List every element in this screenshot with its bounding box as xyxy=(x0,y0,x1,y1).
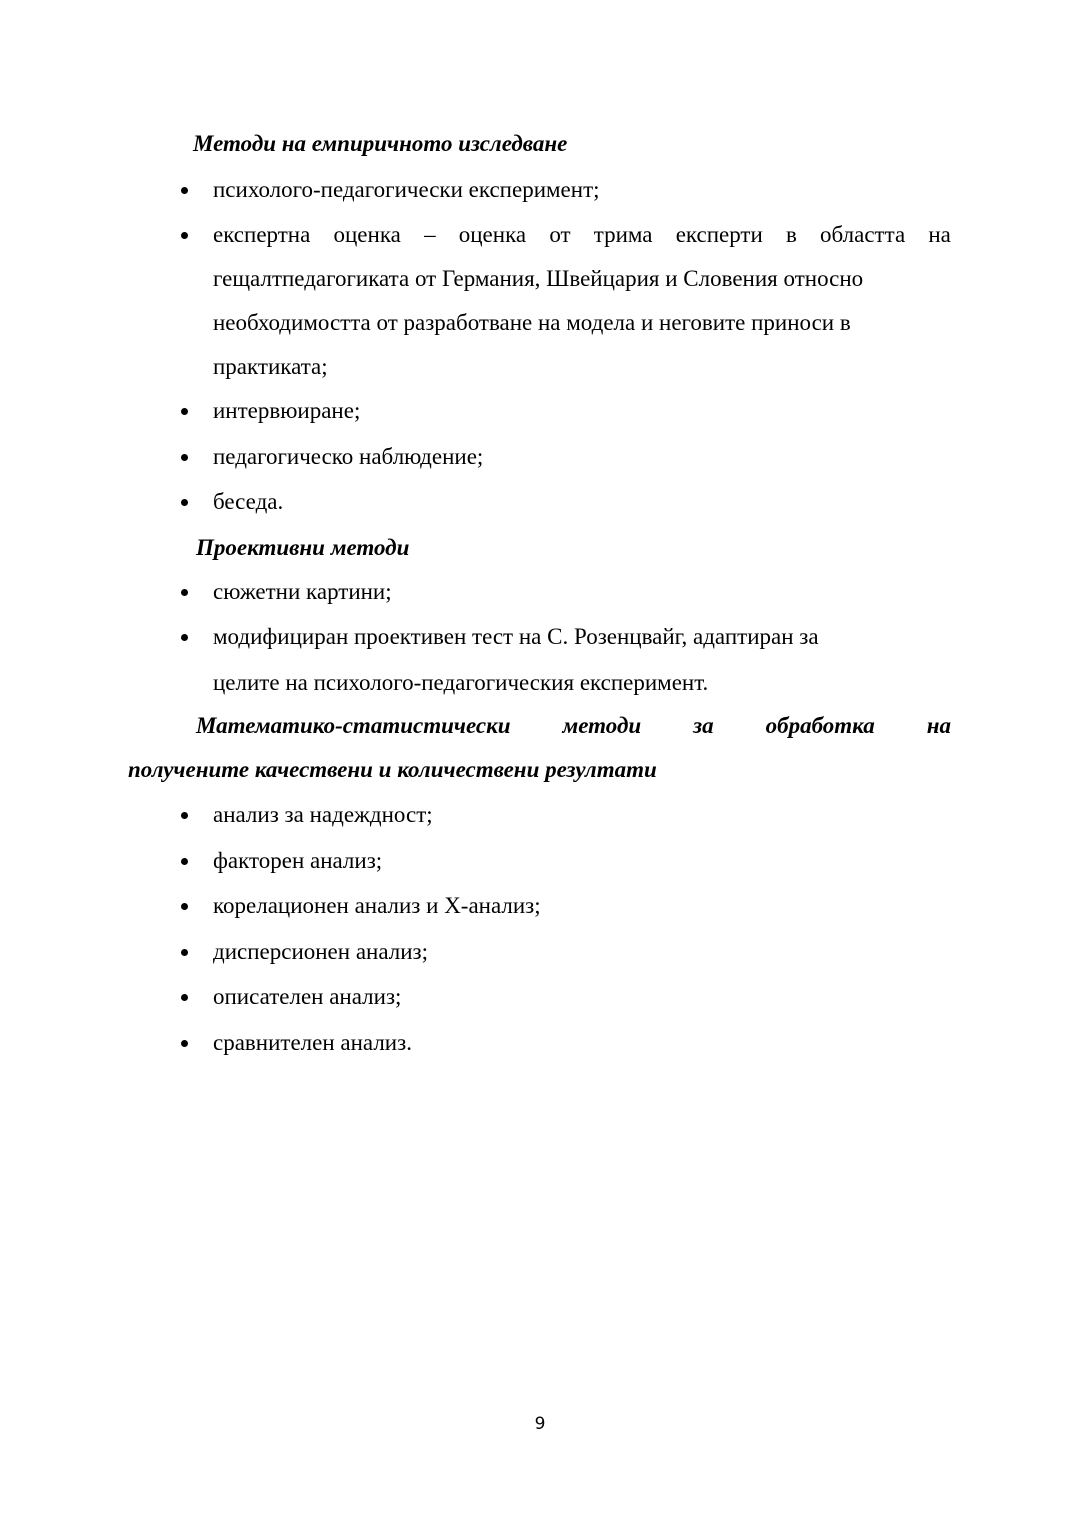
list-item-text: корелационен анализ и Х-анализ; xyxy=(213,891,541,921)
section-heading-statistical-methods: Математико-статистически методи за обраб… xyxy=(196,711,951,741)
heading-line: Математико-статистически методи за обраб… xyxy=(196,711,951,741)
list-item-text: описателен анализ; xyxy=(213,982,401,1012)
word: на xyxy=(928,220,951,250)
list-item-text: гещалтпедагогиката от Германия, Швейцари… xyxy=(213,264,863,294)
list-item-text: сравнителен анализ. xyxy=(213,1028,412,1058)
word: оценка xyxy=(334,220,401,250)
document-page: Методи на емпиричното изследване психоло… xyxy=(0,0,1080,1527)
word: експертна xyxy=(213,220,310,250)
list-item-text: модифициран проективен тест на С. Розенц… xyxy=(213,622,819,652)
word: трима xyxy=(594,220,653,250)
list-item-text: психолого-педагогически експеримент; xyxy=(213,175,600,205)
word: областта xyxy=(820,220,905,250)
page-number: 9 xyxy=(0,1414,1080,1434)
list-item-text: интервюиране; xyxy=(213,396,360,426)
section-heading-statistical-methods-cont: получените качествени и количествени рез… xyxy=(128,755,657,785)
list-item-text: сюжетни картини; xyxy=(213,577,392,607)
list-item-text: беседа. xyxy=(213,487,283,517)
list-item-text: анализ за надеждност; xyxy=(213,800,433,830)
list-item-text: факторен анализ; xyxy=(213,846,382,876)
list-item-text: експертнаоценка–оценкаоттримаекспертивоб… xyxy=(213,220,951,250)
word: в xyxy=(786,220,797,250)
list-item-text: целите на психолого-педагогическия експе… xyxy=(213,668,708,698)
word: експерти xyxy=(676,220,763,250)
list-item-text: педагогическо наблюдение; xyxy=(213,442,483,472)
word: – xyxy=(424,220,436,250)
list-item-text: практиката; xyxy=(213,352,328,382)
section-heading-projective-methods: Проективни методи xyxy=(196,533,409,563)
section-heading-empirical-methods: Методи на емпиричното изследване xyxy=(193,129,567,159)
list-item-text: дисперсионен анализ; xyxy=(213,937,428,967)
word: оценка xyxy=(459,220,526,250)
list-item-text: необходимостта от разработване на модела… xyxy=(213,308,851,338)
word: от xyxy=(549,220,570,250)
